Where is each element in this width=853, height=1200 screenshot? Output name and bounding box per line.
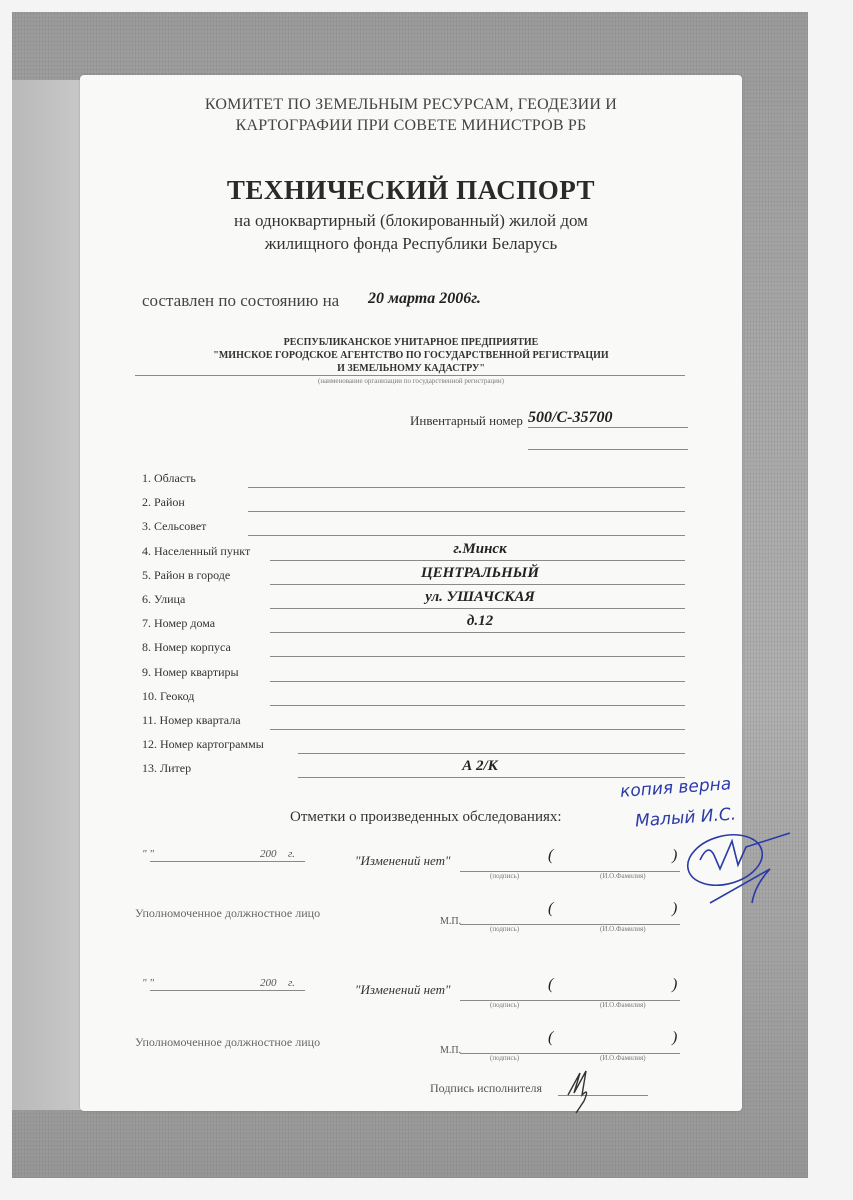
field-label: 12. Номер картограммы [142,737,264,752]
field-label: 5. Район в городе [142,568,230,583]
name-caption: (И.О.Фамилия) [600,925,646,933]
field-label: 7. Номер дома [142,616,215,631]
field-underline [248,511,685,512]
field-label: 10. Геокод [142,689,194,704]
handwritten-signature-icon [680,825,810,910]
field-underline [270,681,685,682]
field-label: 4. Населенный пункт [142,544,250,559]
official-label: Уполномоченное должностное лицо [135,1035,320,1050]
committee-name-line1: КОМИТЕТ ПО ЗЕМЕЛЬНЫМ РЕСУРСАМ, ГЕОДЕЗИИ … [80,95,742,115]
organization-line3: И ЗЕМЕЛЬНОМУ КАДАСТРУ" [80,362,742,375]
close-paren: ) [672,847,677,865]
executor-signature-icon [560,1065,600,1115]
inventory-underline [528,427,688,428]
name-caption: (И.О.Фамилия) [600,1054,646,1062]
signature-line [460,1053,680,1054]
survey-year-suffix: г. [288,977,295,989]
field-value: ЦЕНТРАЛЬНЫЙ [330,565,630,582]
field-label: 2. Район [142,495,185,510]
executor-signature-label: Подпись исполнителя [430,1081,542,1096]
survey-status: "Изменений нет" [355,982,450,998]
document-page: КОМИТЕТ ПО ЗЕМЕЛЬНЫМ РЕСУРСАМ, ГЕОДЕЗИИ … [80,75,742,1111]
scan-shading [12,80,82,1110]
organization-line2: "МИНСКОЕ ГОРОДСКОЕ АГЕНТСТВО ПО ГОСУДАРС… [80,349,742,362]
signature-caption: (подпись) [490,925,519,933]
close-paren: ) [672,900,677,918]
organization-line1: РЕСПУБЛИКАНСКОЕ УНИТАРНОЕ ПРЕДПРИЯТИЕ [80,336,742,349]
survey-date-prefix: " " [142,977,154,989]
signature-caption: (подпись) [490,872,519,880]
organization-underline [135,375,685,376]
close-paren: ) [672,1029,677,1047]
field-underline [270,560,685,561]
field-underline [298,753,685,754]
official-label: Уполномоченное должностное лицо [135,906,320,921]
survey-status: "Изменений нет" [355,853,450,869]
inventory-underline-2 [528,449,688,450]
as-of-date: 20 марта 2006г. [368,290,481,308]
field-underline [270,584,685,585]
inventory-label: Инвентарный номер [410,413,523,429]
field-label: 1. Область [142,471,196,486]
field-value: ул. УШАЧСКАЯ [330,589,630,606]
document-title: ТЕХНИЧЕСКИЙ ПАСПОРТ [80,175,742,206]
organization-caption: (наименование организации по государстве… [80,377,742,385]
field-value: А 2/К [330,758,630,775]
inventory-number: 500/С-35700 [528,409,612,427]
field-underline [270,608,685,609]
field-underline [270,729,685,730]
open-paren: ( [548,847,553,865]
field-value: д.12 [330,613,630,630]
open-paren: ( [548,900,553,918]
field-underline [298,777,685,778]
signature-caption: (подпись) [490,1001,519,1009]
signature-caption: (подпись) [490,1054,519,1062]
field-label: 8. Номер корпуса [142,640,231,655]
committee-name-line2: КАРТОГРАФИИ ПРИ СОВЕТЕ МИНИСТРОВ РБ [80,116,742,136]
field-underline [248,535,685,536]
surveys-heading: Отметки о произведенных обследованиях: [290,809,562,826]
field-label: 11. Номер квартала [142,713,241,728]
field-label: 6. Улица [142,592,185,607]
field-value: г.Минск [330,541,630,558]
close-paren: ) [672,976,677,994]
field-underline [270,705,685,706]
field-underline [248,487,685,488]
field-underline [270,632,685,633]
signature-line [460,1000,680,1001]
field-underline [270,656,685,657]
signature-line [460,871,680,872]
field-label: 3. Сельсовет [142,519,206,534]
survey-date-line [150,861,305,862]
document-subtitle-line2: жилищного фонда Республики Беларусь [80,233,742,255]
field-label: 13. Литер [142,761,191,776]
survey-year-suffix: г. [288,848,295,860]
signature-line [460,924,680,925]
as-of-label: составлен по состоянию на [142,291,339,311]
name-caption: (И.О.Фамилия) [600,1001,646,1009]
stamp-label: М.П. [440,1045,461,1056]
document-subtitle-line1: на одноквартирный (блокированный) жилой … [80,210,742,232]
open-paren: ( [548,976,553,994]
survey-year: 200 [260,977,277,989]
open-paren: ( [548,1029,553,1047]
survey-date-prefix: " " [142,848,154,860]
stamp-label: М.П. [440,916,461,927]
name-caption: (И.О.Фамилия) [600,872,646,880]
field-label: 9. Номер квартиры [142,665,239,680]
survey-date-line [150,990,305,991]
survey-year: 200 [260,848,277,860]
